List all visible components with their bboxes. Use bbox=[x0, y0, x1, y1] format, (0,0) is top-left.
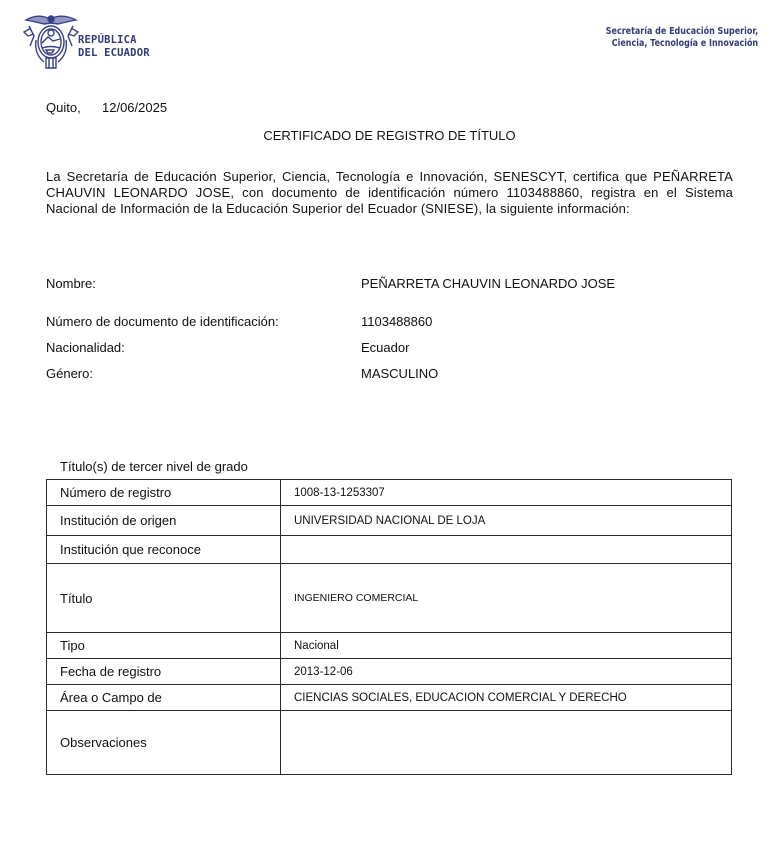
table-row: Número de registro 1008-13-1253307 bbox=[47, 480, 732, 506]
row-label-title: Título bbox=[47, 564, 281, 633]
row-value-field-of-study: CIENCIAS SOCIALES, EDUCACION COMERCIAL Y… bbox=[281, 685, 732, 711]
page-title: CERTIFICADO DE REGISTRO DE TÍTULO bbox=[0, 128, 779, 143]
row-label-field-of-study: Área o Campo de bbox=[47, 685, 281, 711]
table-row: Área o Campo de CIENCIAS SOCIALES, EDUCA… bbox=[47, 685, 732, 711]
table-row: Fecha de registro 2013-12-06 bbox=[47, 659, 732, 685]
row-label-origin-institution: Institución de origen bbox=[47, 506, 281, 536]
table-row: Observaciones bbox=[47, 711, 732, 775]
row-label-registration-date: Fecha de registro bbox=[47, 659, 281, 685]
agency-name-line1: Secretaría de Educación Superior, bbox=[606, 26, 758, 38]
country-name-line2: DEL ECUADOR bbox=[78, 47, 150, 60]
field-label-name: Nombre: bbox=[46, 276, 96, 291]
agency-name-line2: Ciencia, Tecnología e Innovación bbox=[606, 38, 758, 50]
row-label-type: Tipo bbox=[47, 633, 281, 659]
country-name-line1: REPÚBLICA bbox=[78, 34, 150, 47]
row-label-registration-number: Número de registro bbox=[47, 480, 281, 506]
row-value-recognizing-institution bbox=[281, 536, 732, 564]
table-row: Tipo Nacional bbox=[47, 633, 732, 659]
titles-table: Número de registro 1008-13-1253307 Insti… bbox=[46, 479, 732, 775]
field-label-nationality: Nacionalidad: bbox=[46, 340, 125, 355]
table-row: Título INGENIERO COMERCIAL bbox=[47, 564, 732, 633]
table-row: Institución que reconoce bbox=[47, 536, 732, 564]
row-value-registration-date: 2013-12-06 bbox=[281, 659, 732, 685]
row-label-observations: Observaciones bbox=[47, 711, 281, 775]
country-name: REPÚBLICA DEL ECUADOR bbox=[78, 34, 150, 60]
row-value-type: Nacional bbox=[281, 633, 732, 659]
titles-section-caption: Título(s) de tercer nivel de grado bbox=[60, 459, 248, 474]
issue-date: 12/06/2025 bbox=[102, 100, 167, 115]
city: Quito, bbox=[46, 100, 102, 115]
row-value-title: INGENIERO COMERCIAL bbox=[281, 564, 732, 633]
row-label-recognizing-institution: Institución que reconoce bbox=[47, 536, 281, 564]
date-line: Quito,12/06/2025 bbox=[46, 100, 167, 115]
row-value-registration-number: 1008-13-1253307 bbox=[281, 480, 732, 506]
field-label-id-number: Número de documento de identificación: bbox=[46, 314, 279, 329]
page-title-text: CERTIFICADO DE REGISTRO DE TÍTULO bbox=[263, 128, 515, 143]
field-value-name: PEÑARRETA CHAUVIN LEONARDO JOSE bbox=[361, 276, 615, 291]
field-value-nationality: Ecuador bbox=[361, 340, 409, 355]
field-value-id-number: 1103488860 bbox=[361, 314, 432, 329]
field-label-gender: Género: bbox=[46, 366, 93, 381]
row-value-origin-institution: UNIVERSIDAD NACIONAL DE LOJA bbox=[281, 506, 732, 536]
row-value-observations bbox=[281, 711, 732, 775]
table-row: Institución de origen UNIVERSIDAD NACION… bbox=[47, 506, 732, 536]
field-value-gender: MASCULINO bbox=[361, 366, 438, 381]
intro-paragraph: La Secretaría de Educación Superior, Cie… bbox=[46, 169, 733, 217]
agency-name: Secretaría de Educación Superior, Cienci… bbox=[606, 26, 758, 50]
ecuador-coat-of-arms-icon bbox=[20, 10, 82, 72]
